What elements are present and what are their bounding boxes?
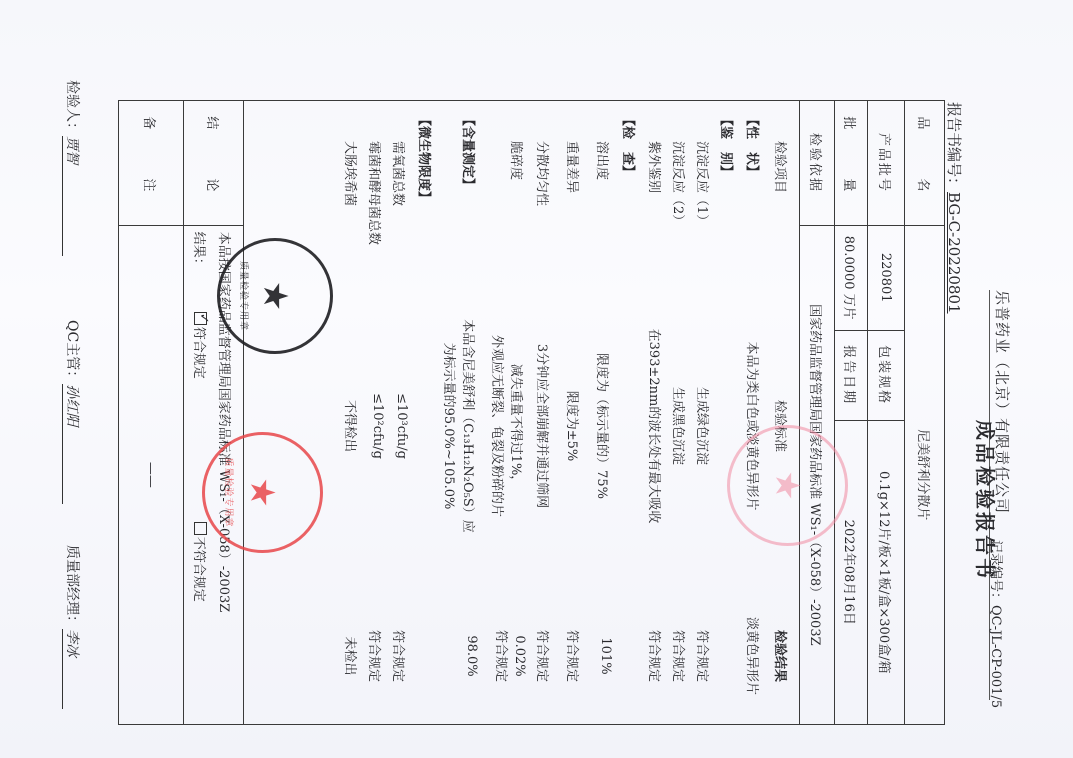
table-row: 【性 状】本品为类白色或淡黄色异形片淡黄色异形片 — [743, 101, 763, 724]
item-name: 【性 状】 — [744, 113, 763, 178]
header-result: 检验结果 — [772, 596, 791, 716]
item-result: 符合规定 — [366, 596, 385, 716]
item-name: 【含量测定】 — [460, 113, 479, 191]
item-name: 需氧菌总数 — [390, 141, 409, 206]
items-header: 检验项目 检验标准 检验结果 — [771, 101, 791, 724]
table-row: 脆碎度减失重量不得过1%，外观应无断裂、龟裂及粉碎的片0.02%符合规定 — [507, 101, 527, 724]
record-number: 记录编号：QC-JL-CP-001/5 — [988, 540, 1007, 708]
option-conform[interactable]: 符合规定 — [192, 312, 211, 522]
header-standard: 检验标准 — [772, 301, 791, 551]
item-result: 符合规定 — [534, 596, 553, 716]
inspector-sig: 贾智 — [62, 136, 83, 256]
item-standard: 生成绿色沉淀 — [694, 301, 713, 551]
item-standard: 限度为±5% — [564, 301, 583, 551]
product-name-value: 尼美舒利分散片 — [905, 225, 945, 724]
record-number-value: QC-JL-CP-001/5 — [988, 605, 1003, 708]
item-result: 98.0% — [464, 596, 479, 716]
row-remarks: 备 注 —— — [119, 101, 184, 725]
item-name: 脆碎度 — [508, 141, 527, 180]
conclusion-label: 结 论 — [184, 101, 244, 226]
report-number-label: 报告书编号： — [945, 102, 963, 192]
item-name: 紫外鉴别 — [646, 141, 665, 193]
item-result: 101% — [598, 596, 613, 716]
row-product-name: 品 名 尼美舒利分散片 — [905, 101, 945, 725]
item-standard: 在393±2nm的波长处有最大吸收 — [646, 301, 665, 551]
product-name-label: 品 名 — [905, 101, 945, 226]
report-number: 报告书编号：BG-C-20220801 — [944, 102, 965, 314]
conclusion-text: 本品按国家药品监督管理局国家药品标准 WS₁-（X-058）-2003Z — [217, 232, 236, 718]
remarks-label: 备 注 — [119, 101, 184, 226]
row-items: 检验项目 检验标准 检验结果 【性 状】本品为类白色或淡黄色异形片淡黄色异形片【… — [244, 101, 800, 725]
table-row: 沉淀反应（1）生成绿色沉淀符合规定 — [693, 101, 713, 724]
item-name: 霉菌和酵母菌总数 — [366, 141, 385, 245]
table-row: 【检 查】 — [619, 101, 639, 724]
batch-no-value: 220801 — [868, 225, 905, 330]
row-conclusion: 结 论 本品按国家药品监督管理局国家药品标准 WS₁-（X-058）-2003Z… — [184, 101, 244, 725]
checkbox-checked-icon[interactable] — [195, 312, 208, 325]
inspection-report-page: 乐普药业（北京）有限责任公司 成品检验报告书 记录编号：QC-JL-CP-001… — [0, 0, 1073, 758]
item-standard: 3分钟应全部崩解并通过筛网 — [534, 301, 553, 551]
item-standard: 生成黑色沉淀 — [670, 301, 689, 551]
inspection-items: 检验项目 检验标准 检验结果 【性 状】本品为类白色或淡黄色异形片淡黄色异形片【… — [244, 101, 799, 724]
row-basis: 检验依据 国家药品监督管理局国家药品标准 WS₁-（X-058）-2003Z — [800, 101, 835, 725]
table-row: 溶出度限度为（标示量的）75%101% — [593, 101, 613, 724]
record-number-label: 记录编号： — [988, 540, 1003, 605]
row-batch: 产品批号 220801 包装规格 0.1g×12片/板×1板/盒×300盒/箱 — [868, 101, 905, 725]
table-row: 【鉴 别】 — [717, 101, 737, 724]
item-standard: 减失重量不得过1%，外观应无断裂、龟裂及粉碎的片 — [489, 301, 527, 551]
quantity-label: 批 量 — [835, 101, 868, 226]
item-standard: ≤10³cfu/g — [394, 301, 409, 551]
item-name: 分散均匀性 — [534, 141, 553, 206]
table-row: 重量差异限度为±5%符合规定 — [563, 101, 583, 724]
qm-sig: 李冰 — [62, 629, 83, 709]
qc-sig: 孙红阳 — [62, 384, 83, 504]
item-name: 大肠埃希菌 — [342, 141, 361, 206]
item-result: 符合规定 — [564, 596, 583, 716]
table-row: 【含量测定】本品含尼美舒利（C₁₃H₁₂N₂O₅S）应为标示量的95.0%~10… — [459, 101, 479, 724]
item-result: 0.02%符合规定 — [493, 596, 527, 716]
item-name: 重量差异 — [564, 141, 583, 193]
item-standard: ≤10²cfu/g — [370, 301, 385, 551]
report-table: 品 名 尼美舒利分散片 产品批号 220801 包装规格 0.1g×12片/板×… — [118, 100, 945, 725]
header-item: 检验项目 — [772, 141, 791, 193]
table-row: 需氧菌总数≤10³cfu/g符合规定 — [389, 101, 409, 724]
item-result: 符合规定 — [646, 596, 665, 716]
basis-label: 检验依据 — [800, 101, 835, 226]
conclusion-result-label: 结果： — [192, 232, 211, 312]
table-row: 大肠埃希菌不得检出未检出 — [341, 101, 361, 724]
report-date-value: 2022年08月16日 — [835, 420, 868, 724]
option-nonconform[interactable]: 不符合规定 — [192, 522, 211, 602]
inspector-signature: 检验人：贾智 — [62, 80, 83, 256]
item-result: 未检出 — [342, 596, 361, 716]
item-result: 符合规定 — [670, 596, 689, 716]
package-value: 0.1g×12片/板×1板/盒×300盒/箱 — [868, 420, 905, 724]
item-standard: 不得检出 — [342, 301, 361, 551]
table-row: 分散均匀性3分钟应全部崩解并通过筛网符合规定 — [533, 101, 553, 724]
item-name: 【微生物限度】 — [416, 113, 435, 204]
table-row: 沉淀反应（2）生成黑色沉淀符合规定 — [669, 101, 689, 724]
item-standard: 本品含尼美舒利（C₁₃H₁₂N₂O₅S）应为标示量的95.0%~105.0% — [441, 301, 479, 551]
item-name: 沉淀反应（2） — [670, 141, 689, 227]
item-name: 【检 查】 — [620, 113, 639, 178]
remarks-value: —— — [119, 225, 184, 724]
item-standard: 限度为（标示量的）75% — [594, 301, 613, 551]
item-result: 符合规定 — [390, 596, 409, 716]
batch-no-label: 产品批号 — [868, 101, 905, 226]
checkbox-empty-icon[interactable] — [195, 522, 208, 535]
item-name: 溶出度 — [594, 141, 613, 180]
table-row: 紫外鉴别在393±2nm的波长处有最大吸收符合规定 — [645, 101, 665, 724]
report-date-label: 报告日期 — [835, 330, 868, 420]
item-name: 【鉴 别】 — [718, 113, 737, 178]
report-number-value: BG-C-20220801 — [945, 192, 963, 314]
item-name: 沉淀反应（1） — [694, 141, 713, 227]
table-row: 霉菌和酵母菌总数≤10²cfu/g符合规定 — [365, 101, 385, 724]
package-label: 包装规格 — [868, 330, 905, 420]
item-result: 符合规定 — [694, 596, 713, 716]
qc-signature: QC主管：孙红阳 — [62, 320, 83, 504]
table-row: 【微生物限度】 — [415, 101, 435, 724]
item-result: 淡黄色异形片 — [744, 596, 763, 716]
item-standard: 本品为类白色或淡黄色异形片 — [744, 301, 763, 551]
basis-value: 国家药品监督管理局国家药品标准 WS₁-（X-058）-2003Z — [800, 225, 835, 724]
row-quantity: 批 量 80.0000 万片 报告日期 2022年08月16日 — [835, 101, 868, 725]
qm-signature: 质量部经理：李冰 — [62, 545, 83, 709]
quantity-value: 80.0000 万片 — [835, 225, 868, 330]
